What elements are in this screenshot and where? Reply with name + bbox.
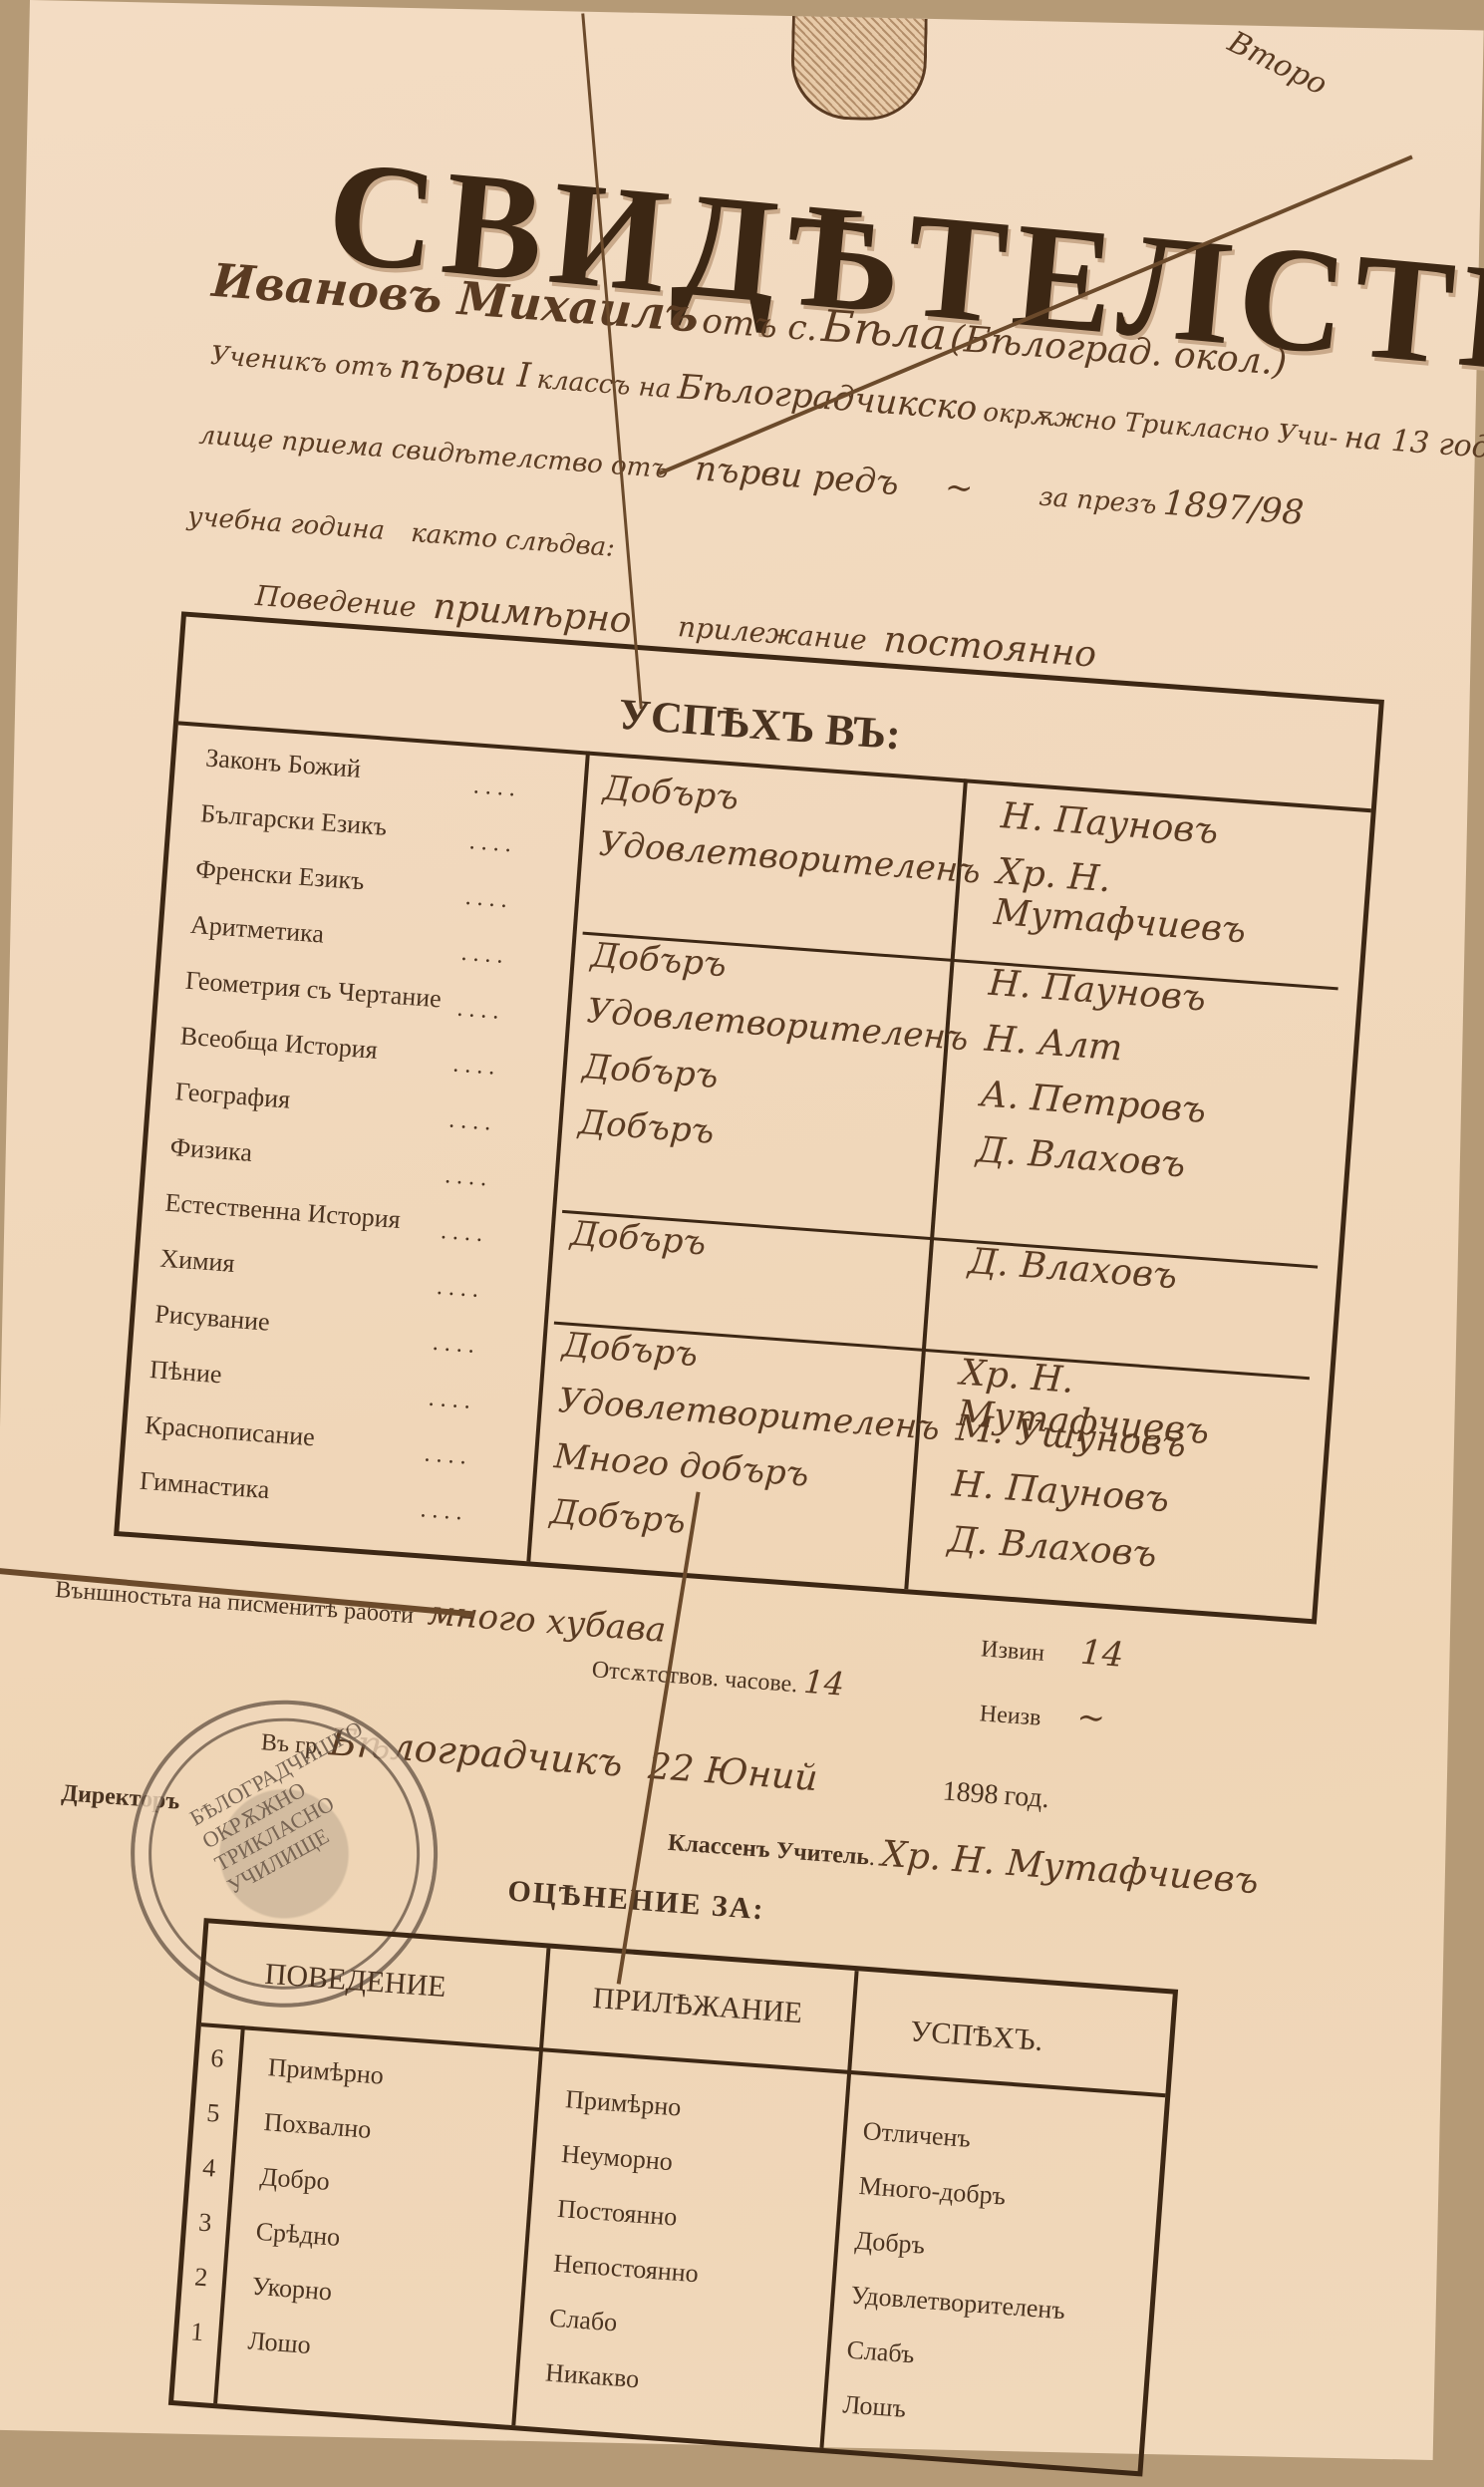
conduct-option: Примѣрно <box>267 2052 385 2090</box>
date-value: 22 Юний <box>647 1746 819 1799</box>
leader-dots: . . . . <box>460 940 504 970</box>
success-option: Слабъ <box>846 2335 916 2370</box>
leader-dots: . . . . <box>464 884 508 914</box>
subject-label: Български Езикъ <box>199 798 388 842</box>
score-number: 5 <box>205 2098 220 2129</box>
diligence-option: Неуморно <box>560 2139 674 2177</box>
subject-label: Рисувание <box>153 1299 270 1337</box>
copy-label: Второ <box>1223 25 1333 103</box>
grade-value: Удовлетворителенъ <box>585 991 969 1059</box>
year-prefix: учебна година <box>186 501 386 545</box>
subject-label: Законъ Божий <box>204 744 362 784</box>
leader-dots: . . . . <box>440 1218 483 1248</box>
class-label: классъ на <box>536 365 673 405</box>
grading-table: ПОВЕДЕНИЕ ПРИЛѢЖАНИЕ УСПѢХЪ. 6ПримѣрноПр… <box>168 1918 1178 2430</box>
results-header: УСПѢХЪ ВЪ: <box>617 689 903 761</box>
subject-label: Естественна История <box>164 1188 402 1235</box>
grading-header-success: УСПѢХЪ. <box>909 2015 1044 2058</box>
subject-label: Аритметика <box>189 910 325 950</box>
receipt-prefix: лище приема свидѣтелство отъ <box>198 421 670 485</box>
teacher-signature: Н. Алт <box>983 1019 1123 1070</box>
subject-label: Гимнастика <box>139 1466 270 1505</box>
grading-header-conduct: ПОВЕДЕНИЕ <box>264 1958 447 2005</box>
leader-dots: . . . . <box>448 1106 492 1136</box>
class-prefix: Ученикъ отъ <box>209 341 394 384</box>
absence-label: Отсѫтствов. часове <box>591 1657 792 1698</box>
diligence-option: Слабо <box>548 2304 618 2338</box>
grade-value: Удовлетворителенъ <box>598 824 982 892</box>
diligence-option: Непостоянно <box>552 2249 700 2290</box>
school-year: 1897/98 <box>1162 483 1306 533</box>
unexcused-label: Неизв <box>979 1701 1041 1730</box>
from-label: отъ с. <box>701 301 819 349</box>
score-number: 1 <box>189 2317 204 2347</box>
class-value: първи I <box>398 347 532 397</box>
score-number: 2 <box>193 2262 208 2293</box>
conduct-option: Лошо <box>247 2326 312 2360</box>
absence-value: 14 <box>802 1663 845 1704</box>
teacher-signature: Хр. Н. Мутафчиевъ <box>993 851 1366 960</box>
grading-header-diligence: ПРИЛѢЖАНИЕ <box>592 1982 804 2030</box>
unexcused-line: Неизв ~ <box>979 1690 1107 1738</box>
leader-dots: . . . . <box>456 996 500 1026</box>
subject-label: Френски Езикъ <box>194 854 365 896</box>
conduct-option: Похвално <box>263 2107 373 2145</box>
success-option: Лошъ <box>842 2389 907 2424</box>
success-option: Добръ <box>854 2226 926 2261</box>
teacher-signature: Д. Влаховъ <box>947 1519 1158 1575</box>
year-suffix: както слѣдва: <box>410 518 616 563</box>
leader-dots: . . . . <box>428 1386 471 1415</box>
diligence-column-divider <box>511 1948 550 2425</box>
subject-label: География <box>174 1077 291 1114</box>
excused-line: Извин 14 <box>980 1625 1125 1675</box>
conduct-option: Укорно <box>251 2272 333 2308</box>
subject-label: Геометрия съ Чертание <box>184 966 443 1015</box>
subject-label: Краснописание <box>144 1410 316 1452</box>
written-work-line: Външностьта на писменитѣ работи много ху… <box>54 1566 667 1651</box>
teacher-signature: Н. Пауновъ <box>1000 795 1220 852</box>
grade-value: Удовлетворителенъ <box>557 1381 941 1448</box>
grade-value: Добъръ <box>581 1047 720 1096</box>
stamp-text: БѢЛОГРАДЧИШКО ОКРѪЖНО ТРИКЛАСНО УЧИЛИЩЕ <box>185 1694 445 1900</box>
score-column-divider <box>213 2025 245 2403</box>
conduct-option: Добро <box>259 2162 331 2197</box>
rank-dash: ~ <box>944 467 975 509</box>
rank-value: първи редъ <box>694 449 900 503</box>
leader-dots: . . . . <box>420 1496 463 1526</box>
period-label: за презъ <box>1038 482 1157 521</box>
teacher-signature: Хр. Н. Мутафчиевъ <box>880 1834 1260 1903</box>
teacher-label: Классенъ Учитель <box>667 1830 870 1871</box>
year-value: 1898 <box>942 1775 1000 1810</box>
written-work-value: много хубава <box>427 1593 668 1650</box>
leader-dots: . . . . <box>472 773 516 802</box>
unexcused-value: ~ <box>1075 1698 1106 1739</box>
excused-value: 14 <box>1079 1633 1125 1676</box>
leader-dots: . . . . <box>452 1052 496 1082</box>
conduct-label: Поведение <box>254 579 417 624</box>
subject-label: Всеобща История <box>179 1021 379 1065</box>
leader-dots: . . . . <box>424 1440 467 1470</box>
year-suffix: год. <box>1003 1780 1049 1814</box>
leader-dots: . . . . <box>468 828 512 858</box>
subject-label: Пѣние <box>148 1355 222 1390</box>
diligence-option: Никакво <box>544 2357 640 2394</box>
grade-value: Добъръ <box>602 769 741 818</box>
absence-line: Отсѫтствов. часове. 14 <box>591 1647 846 1703</box>
success-option: Много-добръ <box>858 2171 1007 2212</box>
leader-dots: . . . . <box>444 1162 487 1192</box>
grade-value: Добъръ <box>549 1492 688 1542</box>
success-option: Отличенъ <box>862 2116 972 2154</box>
grade-value: Много добъръ <box>553 1436 810 1495</box>
age-label: на 13 год. <box>1343 420 1484 466</box>
school-suffix: окрѫжно Трикласно Учи- <box>982 398 1338 454</box>
certificate-paper: Второ СВИДѢТЕЛСТВО Ивановъ Михаилъ отъ с… <box>0 0 1484 2430</box>
village-name: Бѣла <box>820 301 949 361</box>
teacher-signature: Д. Влаховъ <box>975 1129 1186 1185</box>
teacher-line: Классенъ Учитель. Хр. Н. Мутафчиевъ <box>667 1818 1260 1902</box>
conduct-option: Срѣдно <box>255 2217 342 2253</box>
success-option: Удовлетворителенъ <box>850 2281 1066 2327</box>
results-table: УСПѢХЪ ВЪ: Законъ Божий. . . .ДобъръН. П… <box>114 611 1384 1624</box>
leader-dots: . . . . <box>432 1330 475 1360</box>
excused-label: Извин <box>980 1636 1045 1667</box>
diligence-option: Примѣрно <box>564 2084 682 2122</box>
score-number: 6 <box>209 2043 224 2074</box>
subject-label: Химия <box>158 1244 235 1279</box>
score-number: 3 <box>197 2208 212 2239</box>
teacher-signature: А. Петровъ <box>979 1074 1207 1130</box>
school-value: Бѣлоградчикско <box>677 367 979 429</box>
coat-of-arms-icon <box>790 16 928 122</box>
score-number: 4 <box>201 2153 216 2184</box>
grade-value: Добъръ <box>577 1102 716 1152</box>
diligence-option: Постоянно <box>556 2194 678 2233</box>
leader-dots: . . . . <box>436 1274 479 1304</box>
year-line: учебна година както слѣдва: <box>186 501 616 562</box>
subject-label: Физика <box>169 1132 253 1168</box>
teacher-signature: Н. Пауновъ <box>951 1463 1171 1520</box>
